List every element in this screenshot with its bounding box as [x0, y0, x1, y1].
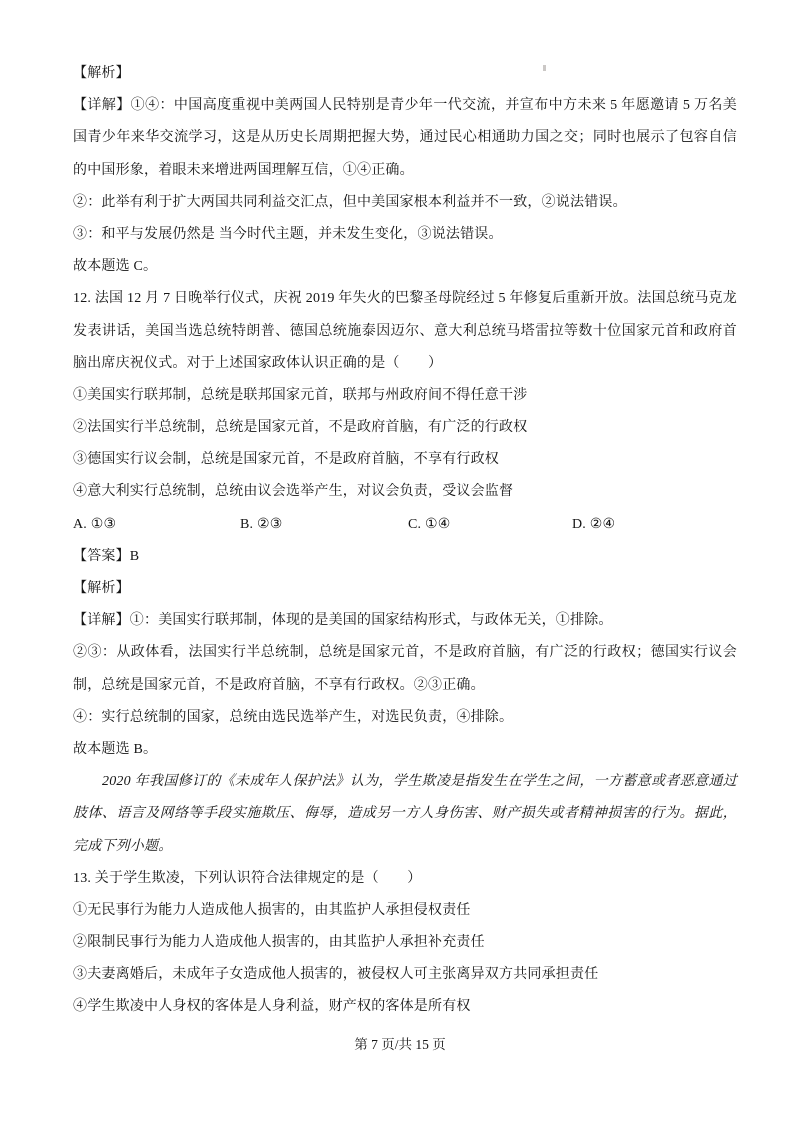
material-line: 肢体、语言及网络等手段实施欺压、侮辱，造成另一方人身伤害、财产损失或者精神损害的…: [73, 798, 737, 830]
question-13-stem: 13. 关于学生欺凌，下列认识符合法律规定的是（ ）: [73, 863, 737, 895]
question-12-stem: 脑出席庆祝仪式。对于上述国家政体认识正确的是（ ）: [73, 348, 737, 380]
explanation-line: ②：此举有利于扩大两国共同利益交汇点，但中美国家根本利益并不一致，②说法错误。: [73, 187, 737, 219]
options-row: A. ①③B. ②③C. ①④D. ②④: [73, 509, 737, 541]
explanation-line: 【详解】①④：中国高度重视中美两国人民特别是青少年一代交流，并宣布中方未来 5 …: [73, 90, 737, 122]
explanation-line: 国青少年来华交流学习，这是从历史长周期把握大势，通过民心相通助力国之交；同时也展…: [73, 122, 737, 154]
conclusion-line: 故本题选 C。: [73, 251, 737, 283]
analysis-label: 【解析】: [73, 58, 737, 90]
statement-line: ③夫妻离婚后，未成年子女造成他人损害的，被侵权人可主张离异双方共同承担责任: [73, 959, 737, 991]
explanation-line: ③：和平与发展仍然是 当今时代主题，并未发生变化，③说法错误。: [73, 219, 737, 251]
question-12-stem: 发表讲话，美国当选总统特朗普、德国总统施泰因迈尔、意大利总统马塔雷拉等数十位国家…: [73, 316, 737, 348]
document-lines: 【解析】【详解】①④：中国高度重视中美两国人民特别是青少年一代交流，并宣布中方未…: [73, 58, 737, 1024]
statement-line: ②限制民事行为能力人造成他人损害的，由其监护人承担补充责任: [73, 927, 737, 959]
answer-line: 【答案】B: [73, 541, 737, 573]
material-line: 2020 年我国修订的《未成年人保护法》认为，学生欺凌是指发生在学生之间，一方蓄…: [73, 766, 737, 798]
option-item: D. ②④: [572, 509, 615, 541]
option-item: C. ①④: [408, 509, 572, 541]
statement-line: ①美国实行联邦制，总统是联邦国家元首，联邦与州政府间不得任意干涉: [73, 380, 737, 412]
statement-line: ①无民事行为能力人造成他人损害的，由其监护人承担侵权责任: [73, 895, 737, 927]
option-item: A. ①③: [73, 509, 240, 541]
analysis-label: 【解析】: [73, 573, 737, 605]
statement-line: ④意大利实行总统制，总统由议会选举产生，对议会负责，受议会监督: [73, 476, 737, 508]
material-line: 完成下列小题。: [73, 831, 737, 863]
statement-line: ②法国实行半总统制，总统是国家元首，不是政府首脑，有广泛的行政权: [73, 412, 737, 444]
explanation-line: 【详解】①：美国实行联邦制，体现的是美国的国家结构形式，与政体无关，①排除。: [73, 605, 737, 637]
explanation-line: ④：实行总统制的国家，总统由选民选举产生，对选民负责，④排除。: [73, 702, 737, 734]
option-item: B. ②③: [240, 509, 408, 541]
explanation-line: 制，总统是国家元首，不是政府首脑，不享有行政权。②③正确。: [73, 670, 737, 702]
statement-line: ④学生欺凌中人身权的客体是人身利益，财产权的客体是所有权: [73, 991, 737, 1023]
statement-line: ③德国实行议会制，总统是国家元首，不是政府首脑，不享有行政权: [73, 444, 737, 476]
explanation-line: 的中国形象，着眼未来增进两国理解互信，①④正确。: [73, 155, 737, 187]
document-page: 【解析】【详解】①④：中国高度重视中美两国人民特别是青少年一代交流，并宣布中方未…: [0, 0, 800, 1131]
conclusion-line: 故本题选 B。: [73, 734, 737, 766]
question-12-stem: 12. 法国 12 月 7 日晚举行仪式，庆祝 2019 年失火的巴黎圣母院经过…: [73, 283, 737, 315]
explanation-line: ②③：从政体看，法国实行半总统制，总统是国家元首，不是政府首脑，有广泛的行政权；…: [73, 637, 737, 669]
page-footer: 第 7 页/共 15 页: [0, 1030, 800, 1060]
